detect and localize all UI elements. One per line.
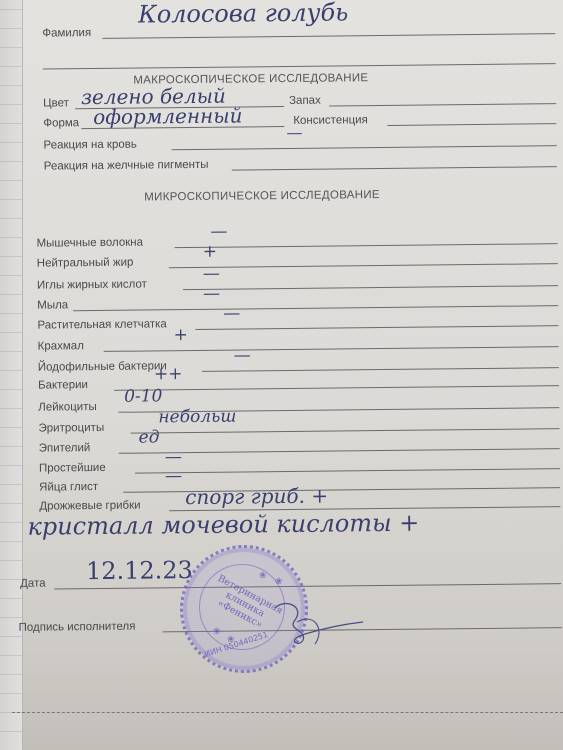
surname-row: Фамилия Колосова голубь <box>30 16 555 41</box>
micro-result-value: — <box>203 284 220 304</box>
micro-section-title: МИКРОСКОПИЧЕСКОЕ ИССЛЕДОВАНИЕ <box>72 188 452 204</box>
signature-scribble <box>255 600 365 650</box>
date-value: 12.12.23 <box>86 556 193 585</box>
micro-result-label: Мышечные волокна <box>36 237 143 250</box>
micro-result-value: — <box>223 304 240 324</box>
micro-result-label: Дрожжевые грибки <box>39 500 140 513</box>
micro-result-label: Мыла <box>37 299 68 311</box>
bile-reaction-label: Реакция на желчные пигменты <box>44 159 209 173</box>
perforation-line <box>12 712 563 713</box>
micro-result-label: Эпителий <box>39 442 91 455</box>
blood-reaction-value: — <box>286 123 302 142</box>
micro-result-row: Нейтральный жир+ <box>33 246 558 271</box>
micro-result-row: Бактерии++ <box>34 368 559 393</box>
color-label: Цвет <box>43 97 69 109</box>
micro-result-label: Лейкоциты <box>38 401 97 414</box>
micro-result-value: — <box>165 466 182 486</box>
micro-result-label: Иглы жирных кислот <box>37 278 147 291</box>
smell-label: Запах <box>289 95 321 107</box>
surname-value: Колосова голубь <box>138 0 348 29</box>
micro-result-label: Нейтральный жир <box>37 257 134 270</box>
micro-result-label: Растительная клетчатка <box>37 318 167 331</box>
micro-result-value: — <box>210 222 227 242</box>
micro-result-value: спорг гриб. + <box>185 484 328 509</box>
micro-result-value: — <box>234 345 251 365</box>
micro-result-value: ед <box>138 427 159 447</box>
paw-icon: ❀ <box>275 576 283 587</box>
micro-result-label: Крахмал <box>38 340 84 352</box>
micro-result-label: Эритроциты <box>38 422 104 435</box>
micro-result-label: Яйца глист <box>39 481 98 494</box>
micro-result-value: + <box>173 325 187 345</box>
form-label: Форма <box>43 117 79 129</box>
signature-label: Подпись исполнителя <box>19 621 136 634</box>
micro-result-value: небольш <box>158 407 236 428</box>
micro-result-value: — <box>203 264 220 284</box>
blank-row <box>31 46 556 71</box>
bile-reaction-row: Реакция на желчные пигменты <box>32 149 557 174</box>
micro-result-label: Бактерии <box>38 379 88 392</box>
consistency-label: Консистенция <box>293 114 368 127</box>
consistency-line <box>387 123 556 126</box>
micro-result-value: ++ <box>154 364 183 384</box>
micro-result-label: Простейшие <box>39 462 106 475</box>
paw-icon: ❀ <box>213 626 221 637</box>
micro-result-value: — <box>165 447 182 467</box>
surname-label: Фамилия <box>42 27 91 40</box>
blood-reaction-label: Реакция на кровь <box>43 139 136 152</box>
micro-result-value: 0-10 <box>124 386 162 406</box>
paw-icon: ❀ <box>259 570 267 581</box>
surname-line <box>102 33 555 39</box>
form-value: оформленный <box>93 103 242 129</box>
extra-note: кристалл мочевой кислоты + <box>27 509 419 541</box>
micro-result-value: + <box>203 242 217 262</box>
date-label: Дата <box>20 578 46 590</box>
